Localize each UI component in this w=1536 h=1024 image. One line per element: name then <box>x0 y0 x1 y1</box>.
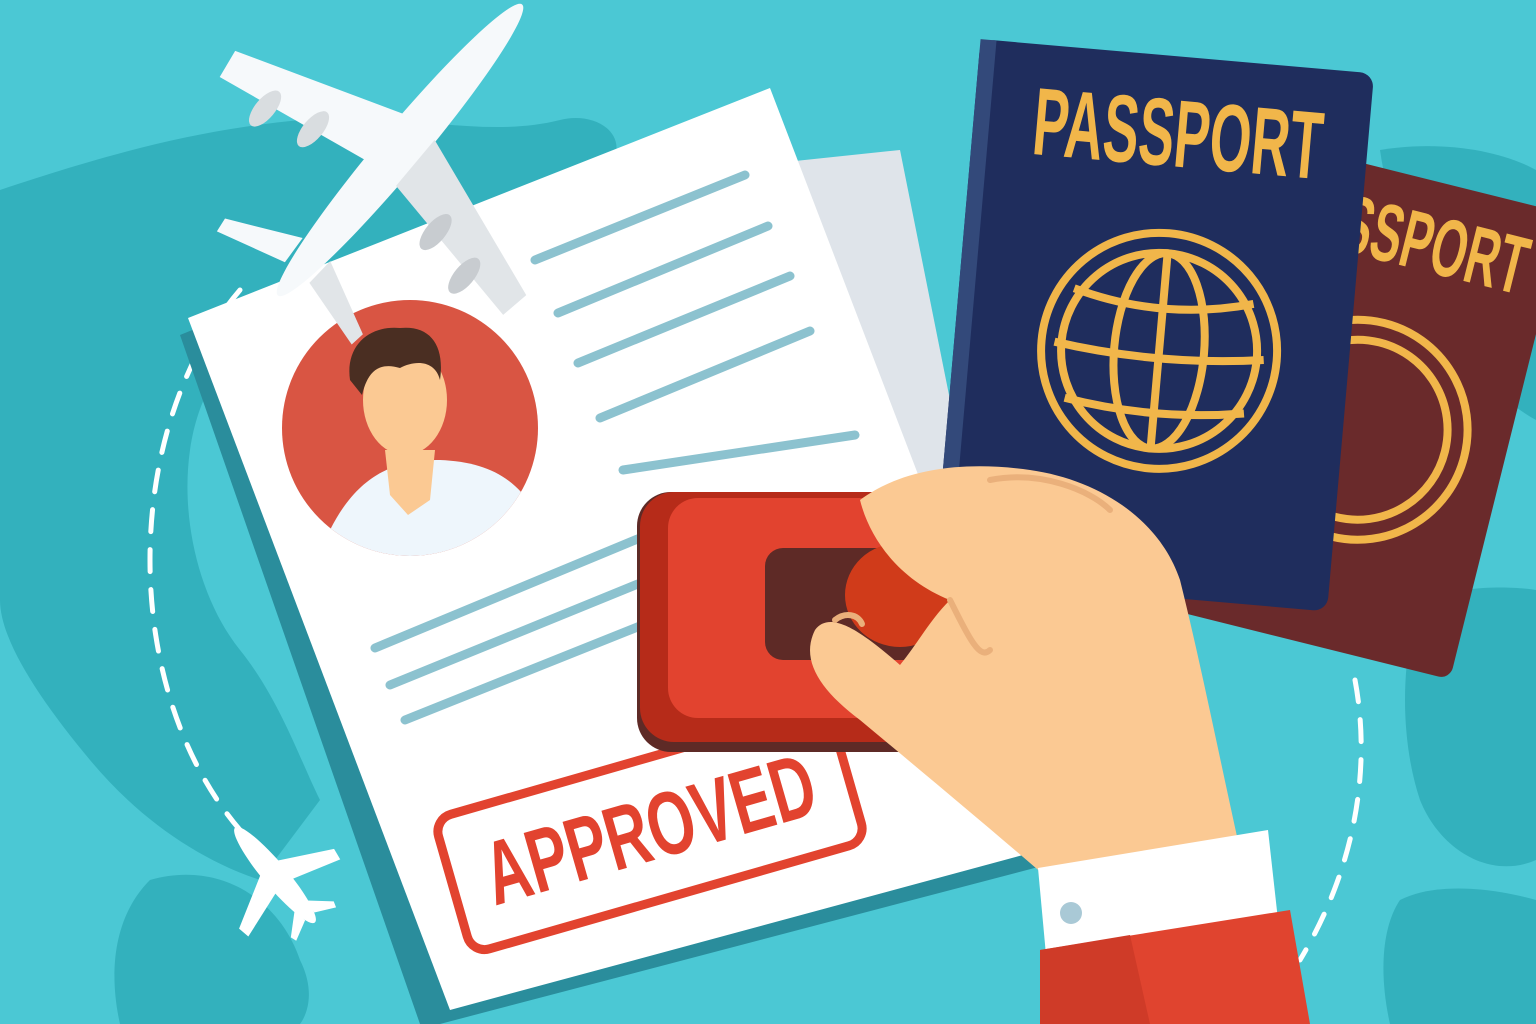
cuff-button <box>1060 902 1082 924</box>
visa-approval-illustration: APPROVED PASSPORT PASSPORT <box>0 0 1536 1024</box>
